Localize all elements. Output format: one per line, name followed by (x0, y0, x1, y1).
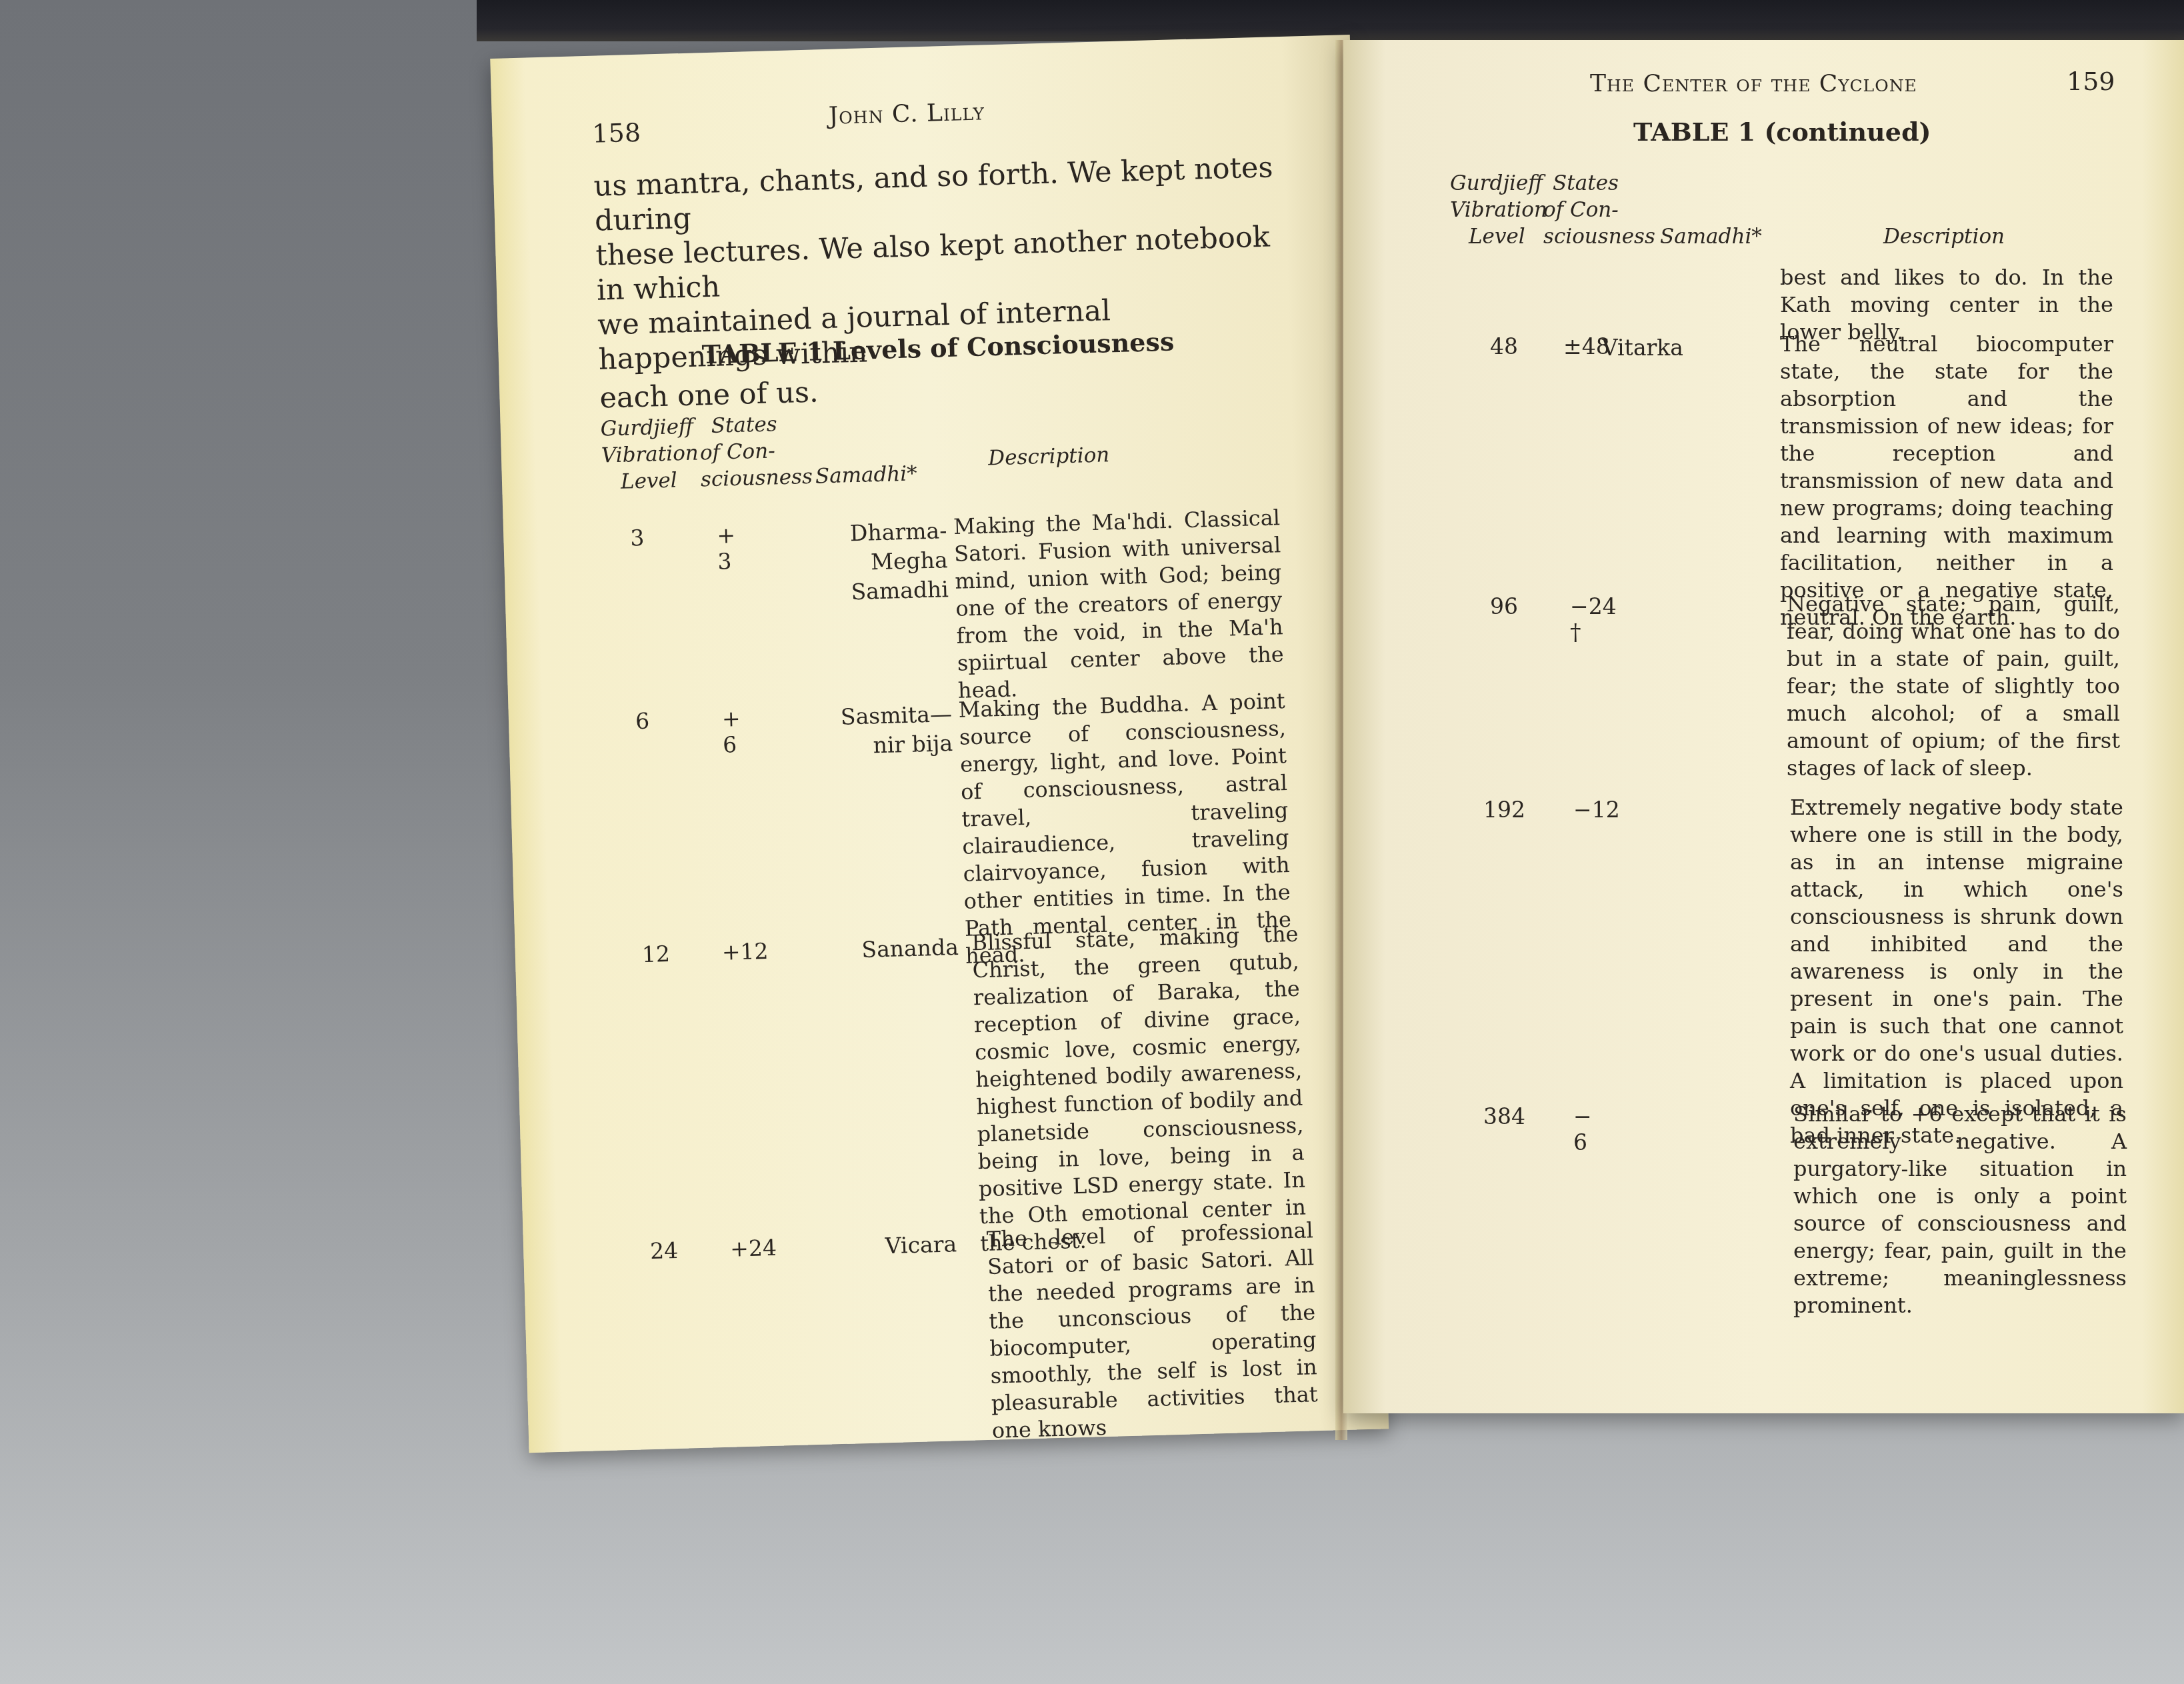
samadhi-line: Samadhi (808, 575, 949, 608)
header-line: Vibration (601, 440, 699, 469)
header-line: Level (602, 467, 700, 496)
header-line: Gurdjieff (600, 413, 698, 443)
left-page: 158 John C. Lilly us mantra, chants, and… (490, 35, 1389, 1453)
state-value: −12 (1573, 797, 1620, 823)
header-line: of Con- (699, 437, 812, 467)
samadhi-line: Sasmita— (811, 699, 952, 733)
body-paragraph: us mantra, chants, and so forth. We kept… (593, 150, 1280, 415)
header-samadhi: Samadhi* (815, 460, 917, 489)
state-value: − 6 (1573, 1103, 1592, 1155)
samadhi-value: Sasmita— nir bija (811, 699, 953, 762)
description: Making the Ma'hdi. Classical Satori. Fus… (953, 504, 1285, 705)
header-description: Description (1883, 223, 2005, 250)
header-line: Gurdjieff (1450, 170, 1547, 197)
description: Extremely negative body state where one … (1790, 794, 2123, 1149)
header-line: States (699, 410, 811, 440)
header-gurdjieff-level: Gurdjieff Vibration Level (1450, 170, 1547, 250)
level-value: 192 (1483, 797, 1525, 823)
level-value: 48 (1490, 333, 1518, 359)
header-gurdjieff-level: Gurdjieff Vibration Level (600, 413, 699, 496)
description: The neutral biocomputer state, the state… (1780, 331, 2113, 631)
level-value: 6 (635, 708, 650, 735)
state-value: +12 (721, 938, 769, 965)
header-line: States (1543, 170, 1655, 197)
samadhi-line: Dharma- (807, 516, 947, 549)
header-states-of-consciousness: States of Con- sciousness (1543, 170, 1655, 250)
samadhi-value: Sananda (818, 933, 959, 966)
level-value: 96 (1490, 593, 1518, 619)
header-description: Description (988, 441, 1110, 471)
header-line: of Con- (1543, 197, 1655, 223)
header-line: Level (1450, 223, 1547, 250)
header-states-of-consciousness: States of Con- sciousness (699, 410, 813, 493)
header-line: sciousness (700, 463, 813, 493)
state-value: + 6 (721, 705, 741, 758)
samadhi-line: Vicara (817, 1229, 957, 1263)
description: Similar to +6 except that it is extremel… (1793, 1101, 2127, 1319)
samadhi-value: Vitarka (1543, 333, 1683, 363)
samadhi-value: Vicara (817, 1229, 957, 1263)
description: Negative state; pain, guilt, fear, doing… (1787, 591, 2120, 782)
samadhi-line: Vitarka (1543, 333, 1683, 363)
samadhi-line: Sananda (818, 933, 959, 966)
running-head: The Center of the Cyclone (1590, 70, 1917, 97)
page-number: 159 (2067, 67, 2115, 96)
samadhi-value: Dharma- Megha Samadhi (807, 516, 949, 608)
header-line: sciousness (1543, 223, 1655, 250)
running-head: John C. Lilly (828, 98, 985, 130)
level-value: 384 (1483, 1103, 1525, 1129)
description: Blissful state, making the Christ, the g… (971, 921, 1307, 1257)
state-value: −24 † (1570, 593, 1617, 645)
header-line: Vibration (1450, 197, 1547, 223)
table-title: TABLE 1 (continued) (1633, 117, 1931, 147)
description: The level of professional Satori or of b… (986, 1217, 1319, 1445)
level-value: 3 (630, 525, 645, 551)
state-value: +24 (730, 1235, 777, 1262)
samadhi-line: Megha (807, 545, 948, 579)
level-value: 24 (650, 1237, 679, 1264)
state-value: + 3 (717, 522, 737, 575)
level-value: 12 (641, 941, 670, 967)
right-page: The Center of the Cyclone 159 TABLE 1 (c… (1343, 40, 2184, 1413)
samadhi-line: nir bija (813, 729, 953, 762)
header-samadhi: Samadhi* (1660, 223, 1762, 250)
page-number: 158 (592, 118, 641, 149)
